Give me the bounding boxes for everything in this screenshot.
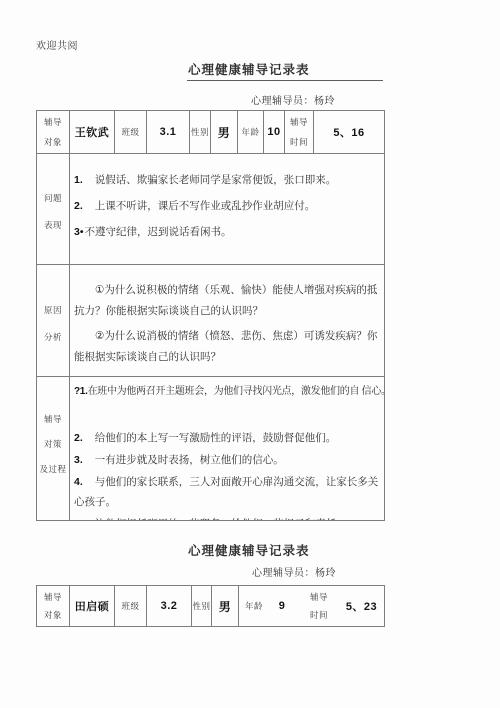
- problem-row: 问题 表现 1.说假话、欺骗家长老师同学是家常便饭，张口即来。 2.上课不听讲，…: [37, 153, 384, 264]
- cause-label-cell: 原因 分析: [37, 265, 69, 376]
- gender-label: 性别: [191, 126, 209, 138]
- age-value: 9: [267, 600, 297, 612]
- strategy-line-text: 与他们的家长联系，三人对面敞开心扉沟通交流，让家长多关心孩子。: [74, 476, 378, 508]
- problem-line: 3•不遵守纪律，迟到说话看闲书。: [74, 222, 382, 242]
- subject-name-cell: 田启硕: [69, 586, 114, 626]
- strategy-line-number: 4.: [74, 476, 83, 488]
- strategy-label-line3: 及过程: [39, 463, 66, 475]
- blank-line: [74, 404, 382, 428]
- subject-label-cell: 辅导 对象: [37, 111, 69, 153]
- problem-line-text: 不遵守纪律，迟到说话看闲书。: [85, 226, 232, 238]
- problem-line-number: 3•: [74, 226, 84, 238]
- time-label-line1: 辅导: [290, 116, 308, 128]
- problem-line-text: 上课不听讲，课后不写作业或乱抄作业胡应付。: [95, 200, 316, 212]
- age-time-merged-cell: 年龄 9 辅导 时间 5、23: [238, 586, 384, 626]
- problem-line: 2.上课不听讲，课后不写作业或乱抄作业胡应付。: [74, 196, 382, 216]
- welcome-note: 欢迎共阅: [36, 37, 78, 52]
- subject-name: 王钦武: [75, 124, 110, 140]
- time-label-line1: 辅导: [310, 591, 328, 603]
- record1-table: 辅导 对象 王钦武 班级 3.1 性别 男 年龄 10: [36, 110, 385, 521]
- strategy-line-number: 5.: [74, 518, 83, 520]
- subject-label-line1: 辅导: [44, 116, 62, 128]
- time-label-cell: 辅导 时间: [297, 586, 341, 626]
- problem-content-cell: 1.说假话、欺骗家长老师同学是家常便饭，张口即来。 2.上课不听讲，课后不写作业…: [69, 154, 384, 264]
- time-value: 5、16: [333, 124, 364, 140]
- strategy-row: 辅导 对策 及过程 ?1.在班中为他两召开主题班会，为他们寻找闪光点，激发他们的…: [37, 376, 384, 520]
- time-value-cell: 5、16: [313, 111, 384, 153]
- strategy-line: 2.给他们的本上写一写激励性的评语，鼓励督促他们。: [74, 428, 382, 448]
- record2-title: 心理健康辅导记录表: [188, 541, 310, 559]
- subject-name-cell: 王钦武: [69, 111, 114, 153]
- gender-value: 男: [219, 598, 232, 615]
- strategy-line-number: 2.: [74, 432, 83, 444]
- subject-label-line2: 对象: [44, 609, 62, 621]
- strategy-label-line1: 辅导: [44, 413, 62, 425]
- problem-line-text: 说假话、欺骗家长老师同学是家常便饭，张口即来。: [95, 174, 337, 186]
- subject-label-cell: 辅导 对象: [37, 586, 69, 626]
- strategy-line-text: 让他们担任班里的一些职务，给他们一些担子和责任: [95, 518, 337, 520]
- age-label: 年龄: [241, 126, 259, 138]
- time-label-line2: 时间: [310, 609, 328, 621]
- class-value: 3.1: [160, 126, 177, 138]
- record1-title: 心理健康辅导记录表: [188, 60, 310, 78]
- class-label-cell: 班级: [114, 586, 146, 626]
- strategy-line: 4.与他们的家长联系，三人对面敞开心扉沟通交流，让家长多关心孩子。: [74, 472, 382, 512]
- cause-content-cell: ①为什么说积极的情绪（乐观、愉快）能使人增强对疾病的抵抗力？你能根据实际谈谈自己…: [69, 265, 384, 376]
- cause-row: 原因 分析 ①为什么说积极的情绪（乐观、愉快）能使人增强对疾病的抵抗力？你能根据…: [37, 264, 384, 376]
- strategy-content-cell: ?1.在班中为他两召开主题班会，为他们寻找闪光点，激发他们的自 信心。 2.给他…: [69, 377, 384, 520]
- subject-label-line2: 对象: [44, 136, 62, 148]
- class-label-cell: 班级: [114, 111, 146, 153]
- problem-label-cell: 问题 表现: [37, 154, 69, 264]
- gender-value: 男: [218, 124, 231, 141]
- strategy-line-number: 3.: [74, 454, 83, 466]
- strategy-line: 3.一有进步就及时表扬，树立他们的信心。: [74, 450, 382, 470]
- class-value-cell: 3.2: [146, 586, 191, 626]
- strategy-line-text: 给他们的本上写一写激励性的评语，鼓励督促他们。: [95, 432, 337, 444]
- gender-label-cell: 性别: [191, 586, 211, 626]
- age-label-cell: 年龄: [237, 111, 263, 153]
- strategy-line-text: 一有进步就及时表扬，树立他们的信心。: [95, 454, 284, 466]
- strategy-label-cell: 辅导 对策 及过程: [37, 377, 69, 520]
- time-value: 5、23: [341, 598, 382, 614]
- record1-counselor: 心理辅导员：杨玲: [251, 92, 335, 107]
- cause-label-line2: 分析: [44, 331, 62, 343]
- record2-info-row: 辅导 对象 田启硕 班级 3.2 性别 男 年龄 9 辅导: [37, 586, 384, 626]
- strategy-line-clipped: 5.让他们担任班里的一些职务，给他们一些担子和责任: [74, 514, 382, 520]
- strategy-label-line2: 对策: [44, 438, 62, 450]
- subject-name: 田启硕: [75, 598, 110, 614]
- class-value-cell: 3.1: [146, 111, 189, 153]
- cause-label-line1: 原因: [44, 304, 62, 316]
- class-value: 3.2: [161, 600, 178, 612]
- title-underline: [187, 80, 383, 81]
- problem-line-number: 2.: [74, 200, 83, 212]
- class-label: 班级: [121, 600, 139, 612]
- cause-paragraph: ①为什么说积极的情绪（乐观、愉快）能使人增强对疾病的抵抗力？你能根据实际谈谈自己…: [74, 280, 382, 322]
- problem-label-line1: 问题: [44, 192, 62, 204]
- class-label: 班级: [121, 126, 139, 138]
- document-page: 欢迎共阅 心理健康辅导记录表 心理辅导员：杨玲 辅导 对象 王钦武 班级 3.1…: [0, 0, 500, 708]
- cause-paragraph: ②为什么说消极的情绪（愤怒、悲伤、焦虑）可诱发疾病？你能根据实际谈谈自己的认识吗…: [74, 326, 382, 368]
- gender-label-cell: 性别: [189, 111, 210, 153]
- record2-counselor: 心理辅导员：杨玲: [252, 564, 336, 579]
- record2-table: 辅导 对象 田启硕 班级 3.2 性别 男 年龄 9 辅导: [36, 585, 385, 627]
- strategy-line: ?1.在班中为他两召开主题班会，为他们寻找闪光点，激发他们的自 信心。: [74, 382, 382, 402]
- strategy-line-text: 在班中为他两召开主题班会，为他们寻找闪光点，激发他们的自 信心。: [88, 386, 384, 397]
- strategy-line-number: ?1.: [74, 386, 88, 397]
- age-value-cell: 10: [263, 111, 284, 153]
- time-label-cell: 辅导 时间: [284, 111, 313, 153]
- gender-value-cell: 男: [211, 586, 238, 626]
- problem-label-line2: 表现: [44, 219, 62, 231]
- record1-info-row: 辅导 对象 王钦武 班级 3.1 性别 男 年龄 10: [37, 111, 384, 153]
- problem-line: 1.说假话、欺骗家长老师同学是家常便饭，张口即来。: [74, 170, 382, 190]
- problem-line-number: 1.: [74, 174, 83, 186]
- gender-value-cell: 男: [210, 111, 237, 153]
- time-label-line2: 时间: [290, 136, 308, 148]
- age-value: 10: [267, 126, 280, 138]
- gender-label: 性别: [192, 600, 210, 612]
- subject-label-line1: 辅导: [44, 591, 62, 603]
- age-label: 年龄: [241, 600, 267, 612]
